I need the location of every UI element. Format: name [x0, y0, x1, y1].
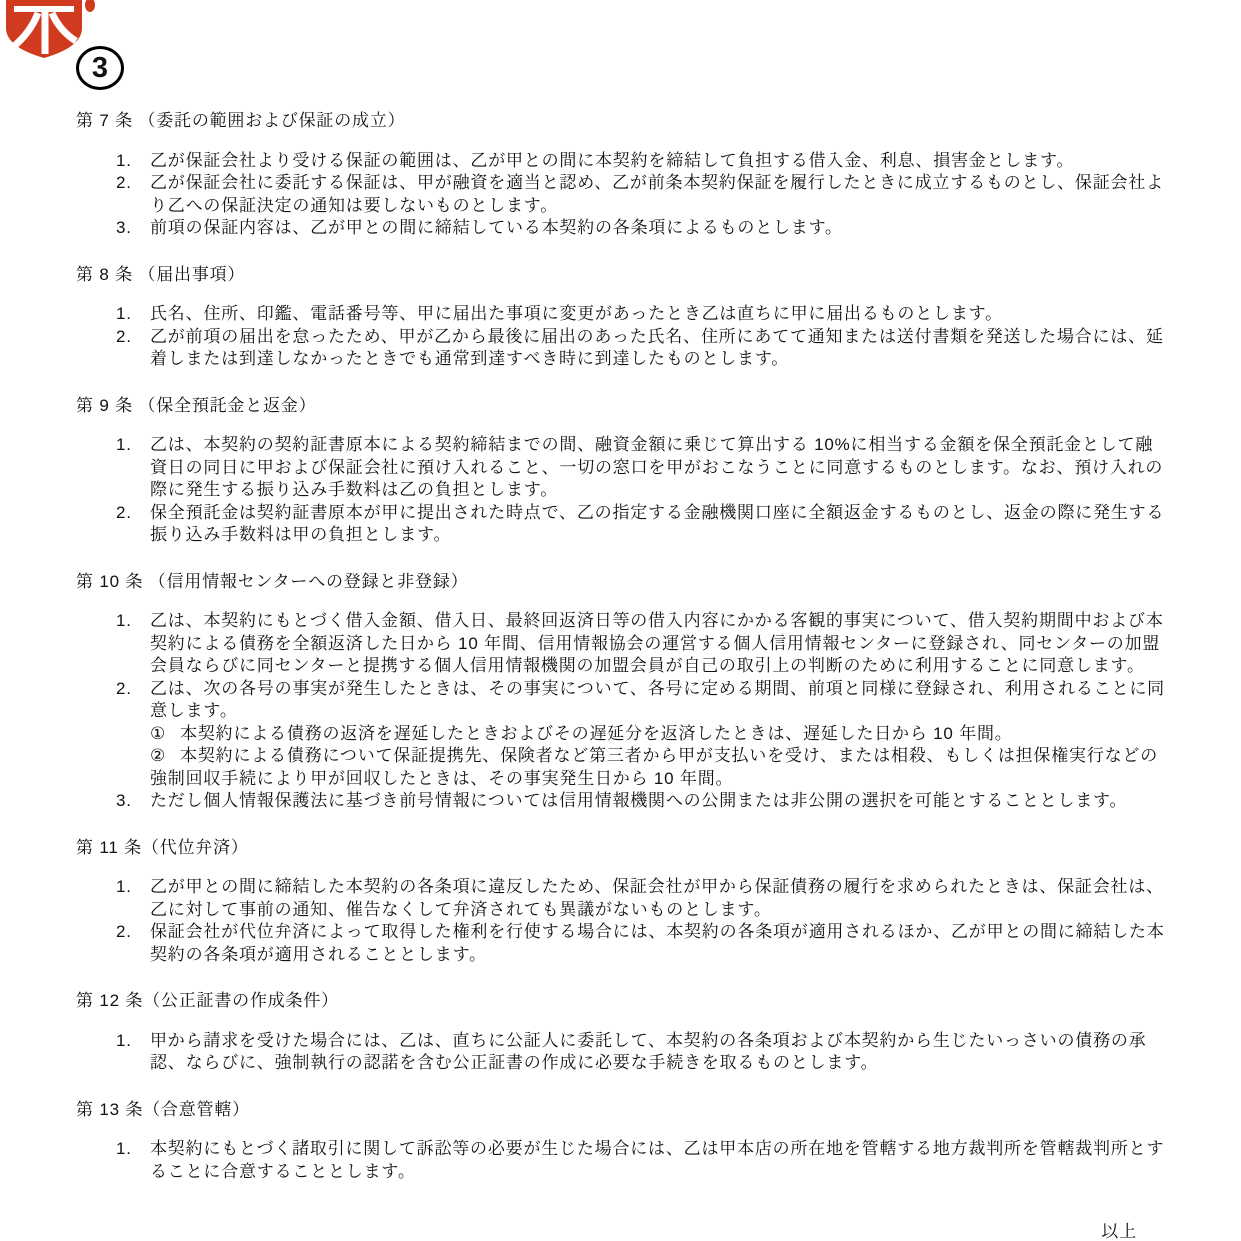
article-10-subitem-1: ①本契約による債務の返済を遅延したときおよびその遅延分を返済したときは、遅延した… — [150, 723, 1165, 746]
article-7-item-2: 2. 乙が保証会社に委託する保証は、甲が融資を適当と認め、乙が前条本契約保証を履… — [116, 172, 1165, 217]
item-text: 前項の保証内容は、乙が甲との間に締結している本契約の各条項によるものとします。 — [150, 217, 1165, 240]
item-text: 保証会社が代位弁済によって取得した権利を行使する場合には、本契約の各条項が適用さ… — [150, 921, 1165, 966]
closing-text: 以上 — [76, 1221, 1137, 1241]
article-9-items: 1. 乙は、本契約の契約証書原本による契約締結までの間、融資金額に乗じて算出する… — [116, 434, 1165, 547]
article-12-items: 1. 甲から請求を受けた場合には、乙は、直ちに公証人に委託して、本契約の各条項お… — [116, 1030, 1165, 1075]
item-text: 乙は、本契約の契約証書原本による契約締結までの間、融資金額に乗じて算出する 10… — [150, 434, 1165, 502]
item-text: 乙が保証会社より受ける保証の範囲は、乙が甲との間に本契約を締結して負担する借入金… — [150, 150, 1165, 173]
article-13-item-1: 1. 本契約にもとづく諸取引に関して訴訟等の必要が生じた場合には、乙は甲本店の所… — [116, 1138, 1165, 1183]
item-text: 本契約にもとづく諸取引に関して訴訟等の必要が生じた場合には、乙は甲本店の所在地を… — [150, 1138, 1165, 1183]
item-text: 乙は、本契約にもとづく借入金額、借入日、最終回返済日等の借入内容にかかる客観的事… — [150, 610, 1165, 678]
item-text: 氏名、住所、印鑑、電話番号等、甲に届出た事項に変更があったとき乙は直ちに甲に届出… — [150, 303, 1165, 326]
item-text: 乙が前項の届出を怠ったため、甲が乙から最後に届出のあった氏名、住所にあてて通知ま… — [150, 326, 1165, 371]
item-number: 1. — [116, 303, 150, 326]
item-text: 保全預託金は契約証書原本が甲に提出された時点で、乙の指定する金融機関口座に全額返… — [150, 502, 1165, 547]
item-number: 1. — [116, 610, 150, 633]
item-number: 1. — [116, 1138, 150, 1161]
article-8-items: 1. 氏名、住所、印鑑、電話番号等、甲に届出た事項に変更があったとき乙は直ちに甲… — [116, 303, 1165, 371]
article-9: 第 9 条 （保全預託金と返金） 1. 乙は、本契約の契約証書原本による契約締結… — [76, 395, 1165, 547]
article-12: 第 12 条（公正証書の作成条件） 1. 甲から請求を受けた場合には、乙は、直ち… — [76, 990, 1165, 1075]
article-12-heading: 第 12 条（公正証書の作成条件） — [76, 990, 1165, 1013]
article-7-heading: 第 7 条 （委託の範囲および保証の成立） — [76, 110, 1165, 133]
article-10-item-1: 1. 乙は、本契約にもとづく借入金額、借入日、最終回返済日等の借入内容にかかる客… — [116, 610, 1165, 678]
article-10-item-2: 2. 乙は、次の各号の事実が発生したときは、その事実について、各号に定める期間、… — [116, 678, 1165, 791]
article-7-item-1: 1. 乙が保証会社より受ける保証の範囲は、乙が甲との間に本契約を締結して負担する… — [116, 150, 1165, 173]
article-13-heading: 第 13 条（合意管轄） — [76, 1099, 1165, 1122]
item-text: ただし個人情報保護法に基づき前号情報については信用情報機関への公開または非公開の… — [150, 790, 1165, 813]
item-number: 1. — [116, 150, 150, 173]
article-9-item-1: 1. 乙は、本契約の契約証書原本による契約締結までの間、融資金額に乗じて算出する… — [116, 434, 1165, 502]
article-9-item-2: 2. 保全預託金は契約証書原本が甲に提出された時点で、乙の指定する金融機関口座に… — [116, 502, 1165, 547]
article-13-items: 1. 本契約にもとづく諸取引に関して訴訟等の必要が生じた場合には、乙は甲本店の所… — [116, 1138, 1165, 1183]
article-11-heading: 第 11 条（代位弁済） — [76, 837, 1165, 860]
item-number: 2. — [116, 502, 150, 525]
item-number: 2. — [116, 326, 150, 349]
article-8: 第 8 条 （届出事項） 1. 氏名、住所、印鑑、電話番号等、甲に届出た事項に変… — [76, 264, 1165, 371]
item-number: 1. — [116, 434, 150, 457]
item-text: 甲から請求を受けた場合には、乙は、直ちに公証人に委託して、本契約の各条項および本… — [150, 1030, 1165, 1075]
item-number: 3. — [116, 790, 150, 813]
article-10-items: 1. 乙は、本契約にもとづく借入金額、借入日、最終回返済日等の借入内容にかかる客… — [116, 610, 1165, 813]
item-text: 乙が甲との間に締結した本契約の各条項に違反したため、保証会社が甲から保証債務の履… — [150, 876, 1165, 921]
article-7-item-3: 3. 前項の保証内容は、乙が甲との間に締結している本契約の各条項によるものとしま… — [116, 217, 1165, 240]
subitem-marker: ② — [150, 746, 166, 765]
contract-document-page: 3 第 7 条 （委託の範囲および保証の成立） 1. 乙が保証会社より受ける保証… — [0, 0, 1241, 1241]
document-content: 3 第 7 条 （委託の範囲および保証の成立） 1. 乙が保証会社より受ける保証… — [0, 0, 1241, 1241]
article-8-item-2: 2. 乙が前項の届出を怠ったため、甲が乙から最後に届出のあった氏名、住所にあてて… — [116, 326, 1165, 371]
article-11-item-2: 2. 保証会社が代位弁済によって取得した権利を行使する場合には、本契約の各条項が… — [116, 921, 1165, 966]
subitem-text: 本契約による債務の返済を遅延したときおよびその遅延分を返済したときは、遅延した日… — [180, 724, 1013, 743]
item-number: 1. — [116, 876, 150, 899]
item-text-group: 乙は、次の各号の事実が発生したときは、その事実について、各号に定める期間、前項と… — [150, 678, 1165, 791]
article-13: 第 13 条（合意管轄） 1. 本契約にもとづく諸取引に関して訴訟等の必要が生じ… — [76, 1099, 1165, 1184]
article-9-heading: 第 9 条 （保全預託金と返金） — [76, 395, 1165, 418]
item-number: 1. — [116, 1030, 150, 1053]
subitem-text: 本契約による債務について保証提携先、保険者など第三者から甲が支払いを受け、または… — [150, 746, 1158, 788]
item-number: 2. — [116, 921, 150, 944]
red-seal-stamp-icon — [0, 0, 95, 62]
article-11-items: 1. 乙が甲との間に締結した本契約の各条項に違反したため、保証会社が甲から保証債… — [116, 876, 1165, 966]
article-7: 第 7 条 （委託の範囲および保証の成立） 1. 乙が保証会社より受ける保証の範… — [76, 110, 1165, 240]
item-number: 2. — [116, 678, 150, 701]
article-11-item-1: 1. 乙が甲との間に締結した本契約の各条項に違反したため、保証会社が甲から保証債… — [116, 876, 1165, 921]
item-number: 2. — [116, 172, 150, 195]
subitem-marker: ① — [150, 724, 166, 743]
article-7-items: 1. 乙が保証会社より受ける保証の範囲は、乙が甲との間に本契約を締結して負担する… — [116, 150, 1165, 240]
article-10-heading: 第 10 条 （信用情報センターへの登録と非登録） — [76, 571, 1165, 594]
item-text: 乙が保証会社に委託する保証は、甲が融資を適当と認め、乙が前条本契約保証を履行した… — [150, 172, 1165, 217]
article-12-item-1: 1. 甲から請求を受けた場合には、乙は、直ちに公証人に委託して、本契約の各条項お… — [116, 1030, 1165, 1075]
article-8-heading: 第 8 条 （届出事項） — [76, 264, 1165, 287]
article-8-item-1: 1. 氏名、住所、印鑑、電話番号等、甲に届出た事項に変更があったとき乙は直ちに甲… — [116, 303, 1165, 326]
item-text: 乙は、次の各号の事実が発生したときは、その事実について、各号に定める期間、前項と… — [150, 678, 1165, 723]
article-11: 第 11 条（代位弁済） 1. 乙が甲との間に締結した本契約の各条項に違反したた… — [76, 837, 1165, 967]
article-10: 第 10 条 （信用情報センターへの登録と非登録） 1. 乙は、本契約にもとづく… — [76, 571, 1165, 813]
article-10-subitem-2: ②本契約による債務について保証提携先、保険者など第三者から甲が支払いを受け、また… — [150, 745, 1165, 790]
article-10-item-3: 3. ただし個人情報保護法に基づき前号情報については信用情報機関への公開または非… — [116, 790, 1165, 813]
item-number: 3. — [116, 217, 150, 240]
